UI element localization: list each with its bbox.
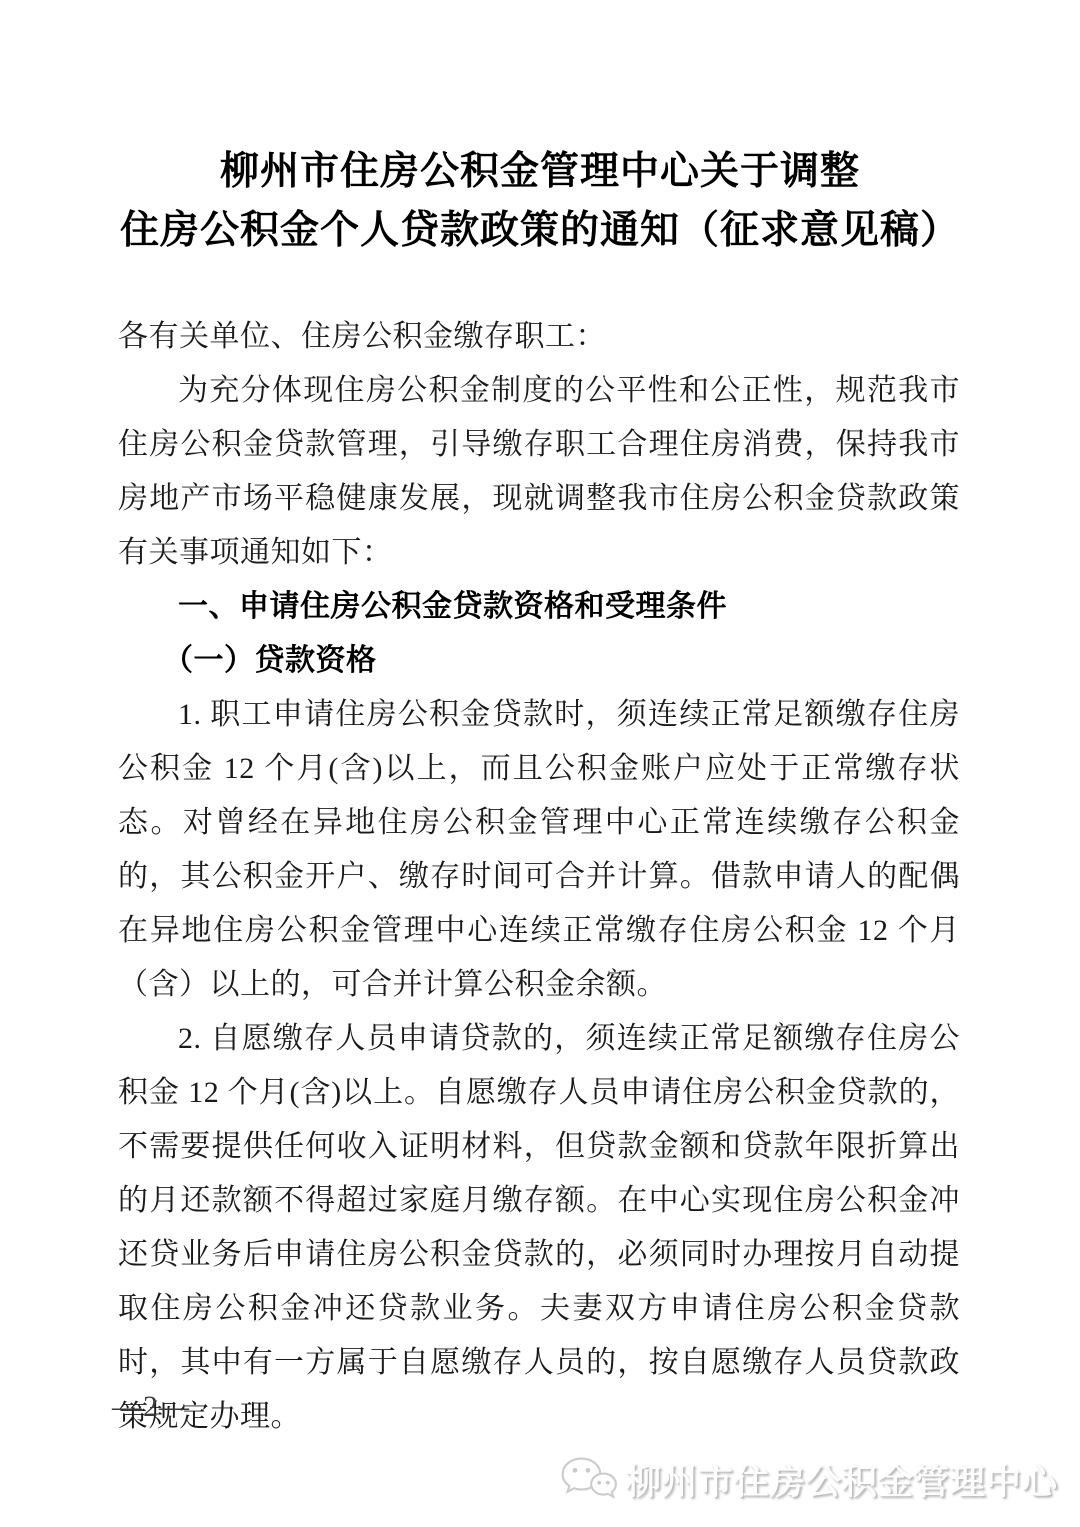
document-page: 柳州市住房公积金管理中心关于调整 住房公积金个人贷款政策的通知（征求意见稿） 各… — [0, 0, 1080, 1527]
doc-title-line-1: 柳州市住房公积金管理中心关于调整 — [0, 142, 1080, 201]
doc-body: 各有关单位、住房公积金缴存职工： 为充分体现住房公积金制度的公平性和公正性，规范… — [118, 310, 960, 1444]
wechat-icon — [560, 1455, 618, 1505]
item-2-paragraph: 2. 自愿缴存人员申请贷款的，须连续正常足额缴存住房公积金 12 个月(含)以上… — [118, 1012, 960, 1444]
doc-title: 柳州市住房公积金管理中心关于调整 住房公积金个人贷款政策的通知（征求意见稿） — [0, 26, 1080, 260]
item-1-paragraph: 1. 职工申请住房公积金贷款时，须连续正常足额缴存住房公积金 12 个月(含)以… — [118, 688, 960, 1012]
intro-paragraph: 为充分体现住房公积金制度的公平性和公正性，规范我市住房公积金贷款管理，引导缴存职… — [118, 364, 960, 580]
subsection-1-heading: （一）贷款资格 — [118, 634, 960, 688]
doc-title-line-2: 住房公积金个人贷款政策的通知（征求意见稿） — [0, 201, 1080, 260]
salutation: 各有关单位、住房公积金缴存职工： — [118, 310, 960, 364]
page-number: —2— — [112, 1390, 190, 1424]
section-1-heading: 一、申请住房公积金贷款资格和受理条件 — [118, 580, 960, 634]
watermark: 柳州市住房公积金管理中心 — [560, 1455, 1058, 1505]
watermark-text: 柳州市住房公积金管理中心 — [626, 1455, 1058, 1505]
